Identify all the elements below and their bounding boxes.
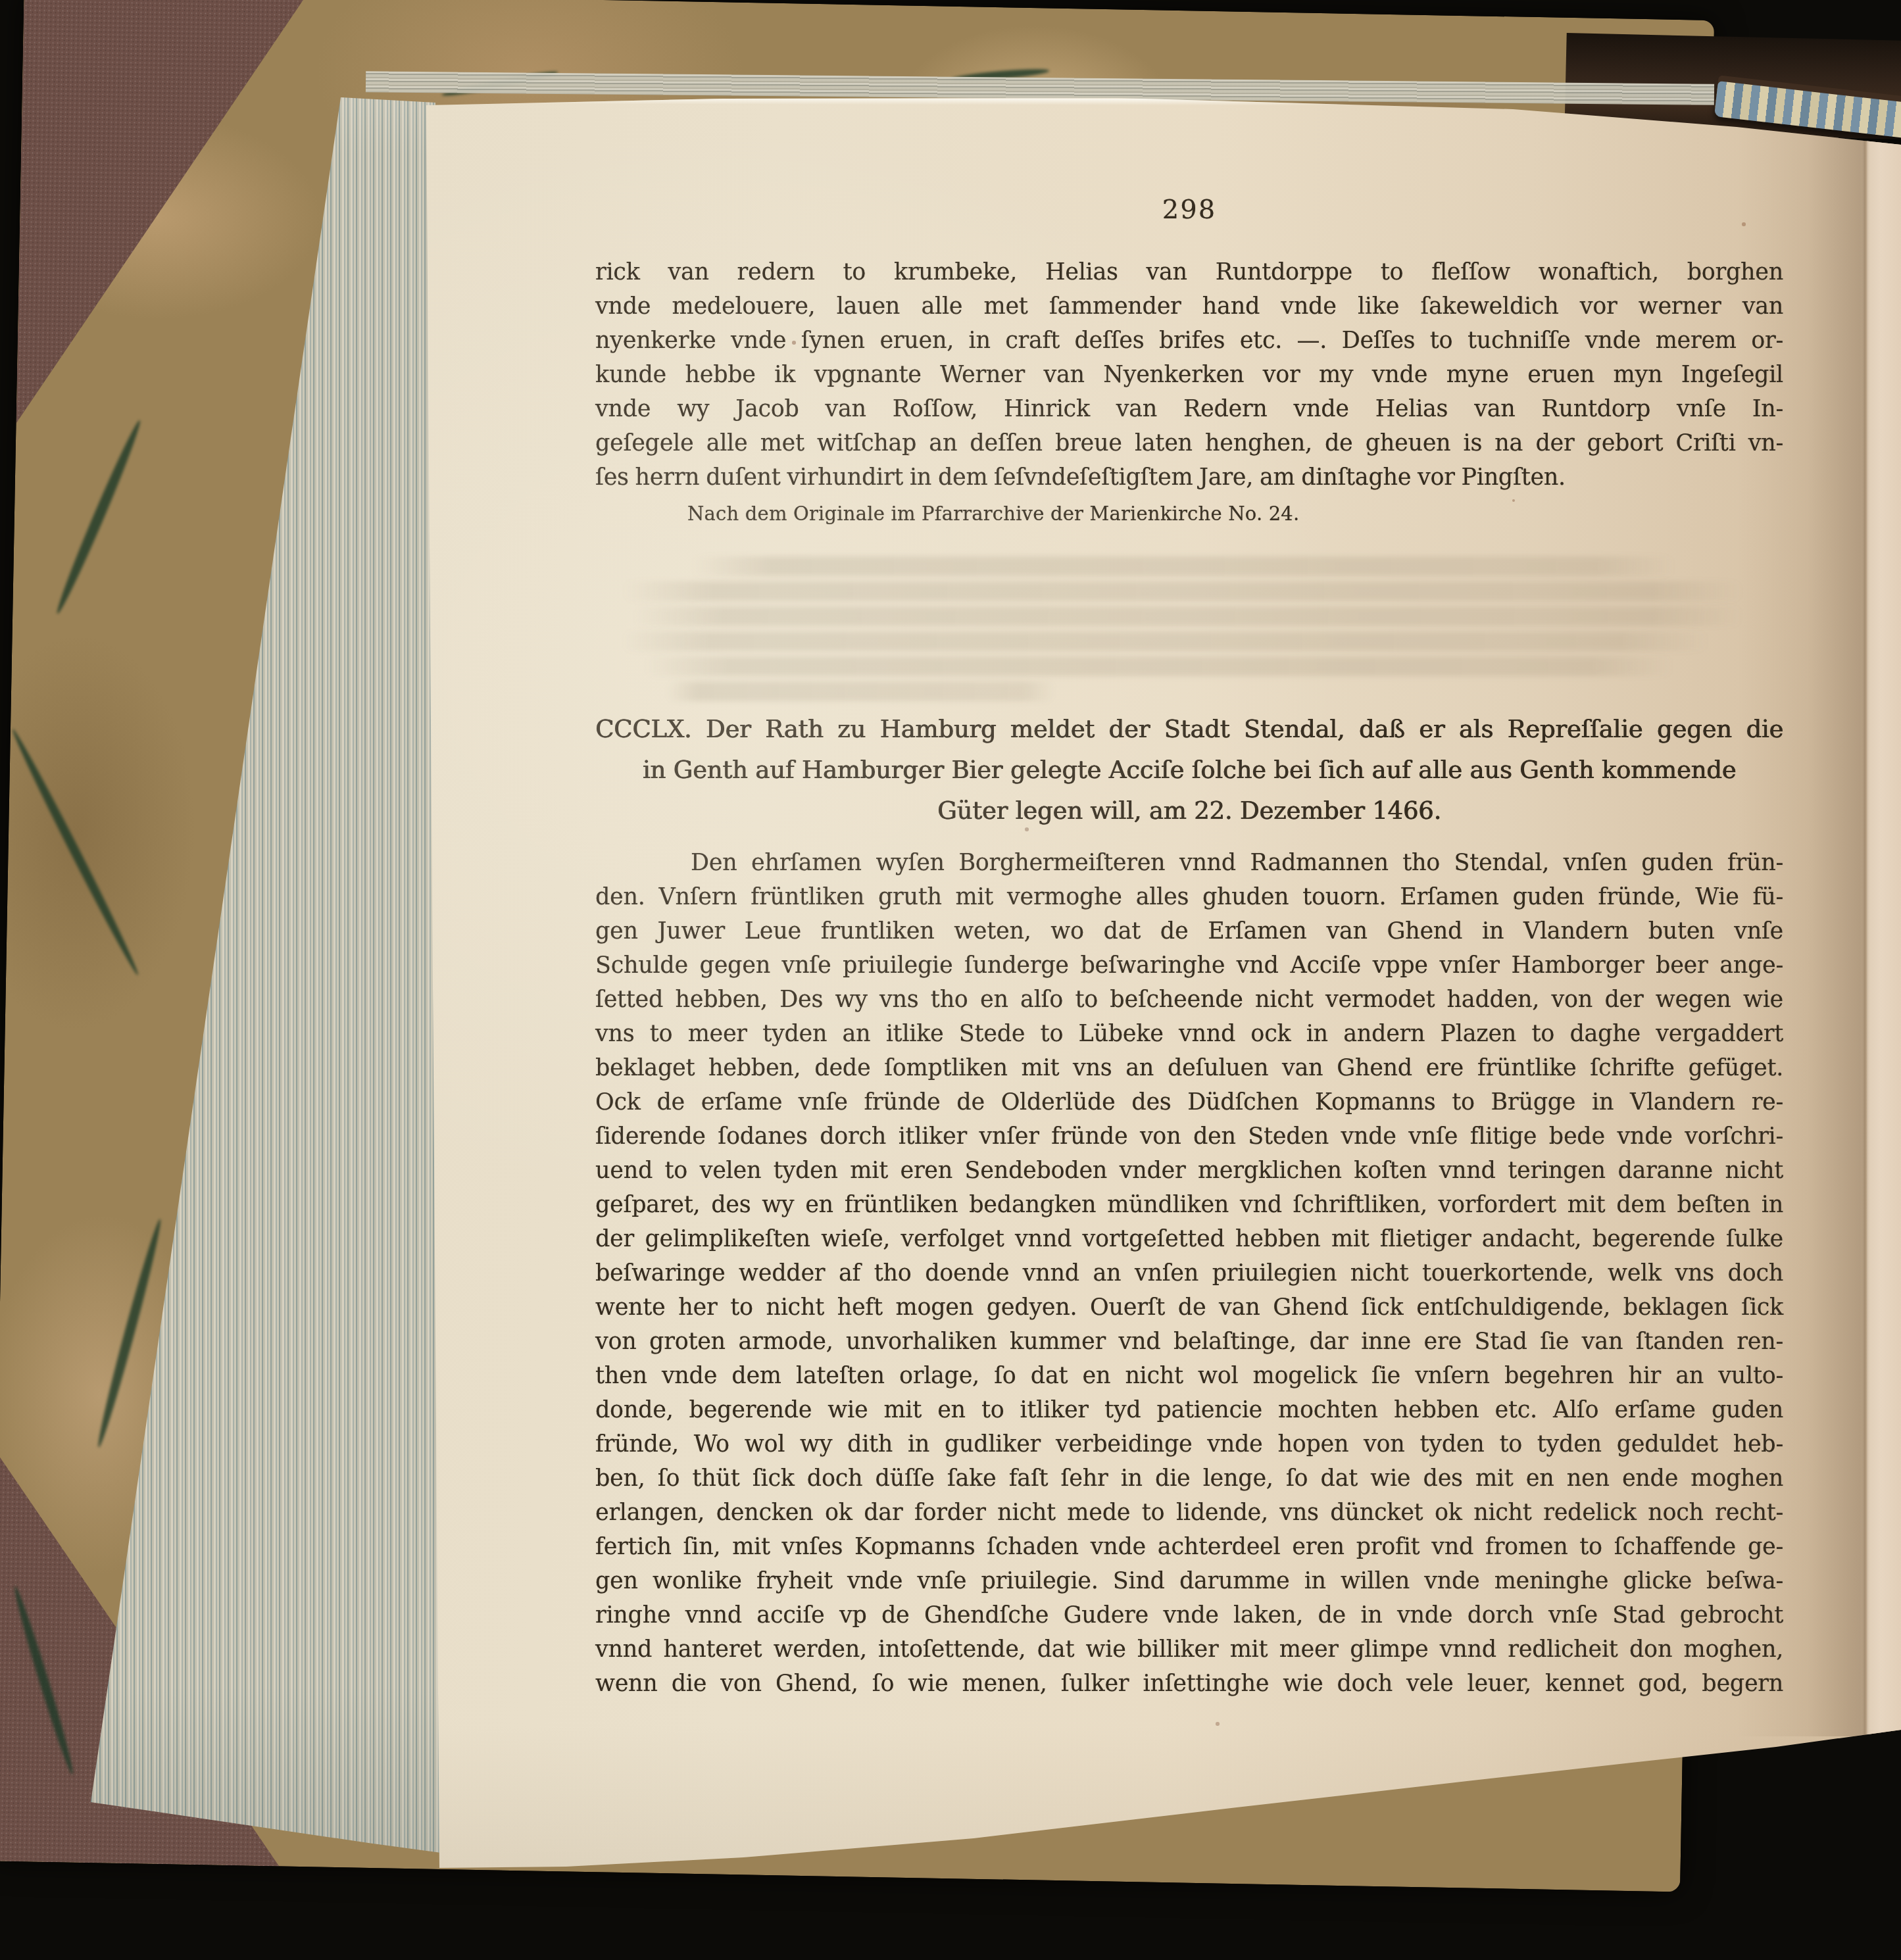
- paragraph-1: rick van redern to krumbeke, Helias van …: [595, 255, 1783, 495]
- text-line: Ock de erſame vnſe fründe de Olderlüde d…: [595, 1085, 1783, 1119]
- text-line: beſwaringe wedder af tho doende vnnd an …: [595, 1256, 1783, 1290]
- text-line: ringhe vnnd acciſe vp de Ghendſche Guder…: [595, 1598, 1783, 1632]
- text-line: vnnd hanteret werden, intoſettende, dat …: [595, 1632, 1783, 1667]
- show-through-line: [621, 631, 1709, 651]
- text-line: vnde wy Jacob van Roſſow, Hinrick van Re…: [595, 392, 1783, 426]
- page-number: 298: [595, 195, 1783, 225]
- heading-line: in Genth auf Hamburger Bier gelegte Acci…: [595, 750, 1783, 791]
- heading-line: Güter legen will, am 22. Dezember 1466.: [595, 791, 1783, 831]
- text-line: ben, ſo thüt ſick doch düſſe ſake faſt ſ…: [595, 1461, 1783, 1496]
- text-line: fertich ſin, mit vnſes Kopmanns ſchaden …: [595, 1530, 1783, 1564]
- text-line: then vnde dem lateſten orlage, ſo dat en…: [595, 1359, 1783, 1393]
- gutter-fold-page-sliver: [1867, 132, 1901, 1736]
- paper-specks: [0, 0, 1, 1]
- show-through-line: [691, 556, 1676, 576]
- text-line: ſes herrn duſent virhundirt in dem ſeſvn…: [595, 460, 1783, 495]
- marble-vein: [9, 727, 142, 977]
- text-line: den. Vnſern früntliken gruth mit vermogh…: [595, 880, 1783, 914]
- show-through-line: [666, 681, 1056, 701]
- text-line: Schulde gegen vnſe priuilegie ſunderge b…: [595, 948, 1783, 983]
- text-line: nyenkerke vnde ſynen eruen, in craft deſ…: [595, 324, 1783, 358]
- paragraph-2: Den ehrſamen wyſen Borghermeiſteren vnnd…: [595, 846, 1783, 1701]
- show-through-line: [622, 581, 1744, 601]
- text-line: rick van redern to krumbeke, Helias van …: [595, 255, 1783, 289]
- cloth-corner-top: [16, 0, 307, 429]
- text-line: uend to velen tyden mit eren Sendeboden …: [595, 1154, 1783, 1188]
- book-photo: { "colors": { "paper": "#e9dfca", "ink":…: [0, 0, 1901, 1960]
- gutter-crease-line: [1864, 125, 1867, 1736]
- show-through-line: [644, 656, 1675, 676]
- text-line: von groten armode, unvorhaliken kummer v…: [595, 1325, 1783, 1359]
- text-line: Den ehrſamen wyſen Borghermeiſteren vnnd…: [595, 846, 1783, 880]
- text-line: beklaget hebben, dede ſomptliken mit vns…: [595, 1051, 1783, 1085]
- heading-line: CCCLX. Der Rath zu Hamburg meldet der St…: [595, 709, 1783, 750]
- text-line: gen Juwer Leue fruntliken weten, wo dat …: [595, 914, 1783, 948]
- source-note: Nach dem Originale im Pfarrarchive der M…: [687, 502, 1299, 525]
- document-heading: CCCLX. Der Rath zu Hamburg meldet der St…: [595, 709, 1783, 831]
- text-line: wente her to nicht heft mogen gedyen. Ou…: [595, 1290, 1783, 1325]
- text-line: ſiderende ſodanes dorch itliker vnſer fr…: [595, 1119, 1783, 1154]
- text-line: geſparet, des wy en früntliken bedangken…: [595, 1188, 1783, 1222]
- text-line: geſegele alle met witſchap an deſſen bre…: [595, 426, 1783, 460]
- marble-vein: [53, 418, 145, 616]
- text-line: wenn die von Ghend, ſo wie menen, ſulker…: [595, 1667, 1783, 1701]
- text-line: vns to meer tyden an itlike Stede to Lüb…: [595, 1017, 1783, 1051]
- text-line: fründe, Wo wol wy dith in gudliker verbe…: [595, 1427, 1783, 1461]
- text-line: vnde medelouere, lauen alle met ſammende…: [595, 289, 1783, 324]
- show-through-line: [633, 606, 1744, 626]
- text-line: kunde hebbe ik vpgnante Werner van Nyenk…: [595, 358, 1783, 392]
- text-line: gen wonlike fryheit vnde vnſe priuilegie…: [595, 1564, 1783, 1598]
- text-line: erlangen, dencken ok dar forder nicht me…: [595, 1496, 1783, 1530]
- text-line: ſetted hebben, Des wy vns tho en alſo to…: [595, 983, 1783, 1017]
- text-line: der gelimplikeſten wieſe, verfolget vnnd…: [595, 1222, 1783, 1256]
- text-line: donde, begerende wie mit en to itliker t…: [595, 1393, 1783, 1427]
- verso-show-through: [620, 556, 1767, 706]
